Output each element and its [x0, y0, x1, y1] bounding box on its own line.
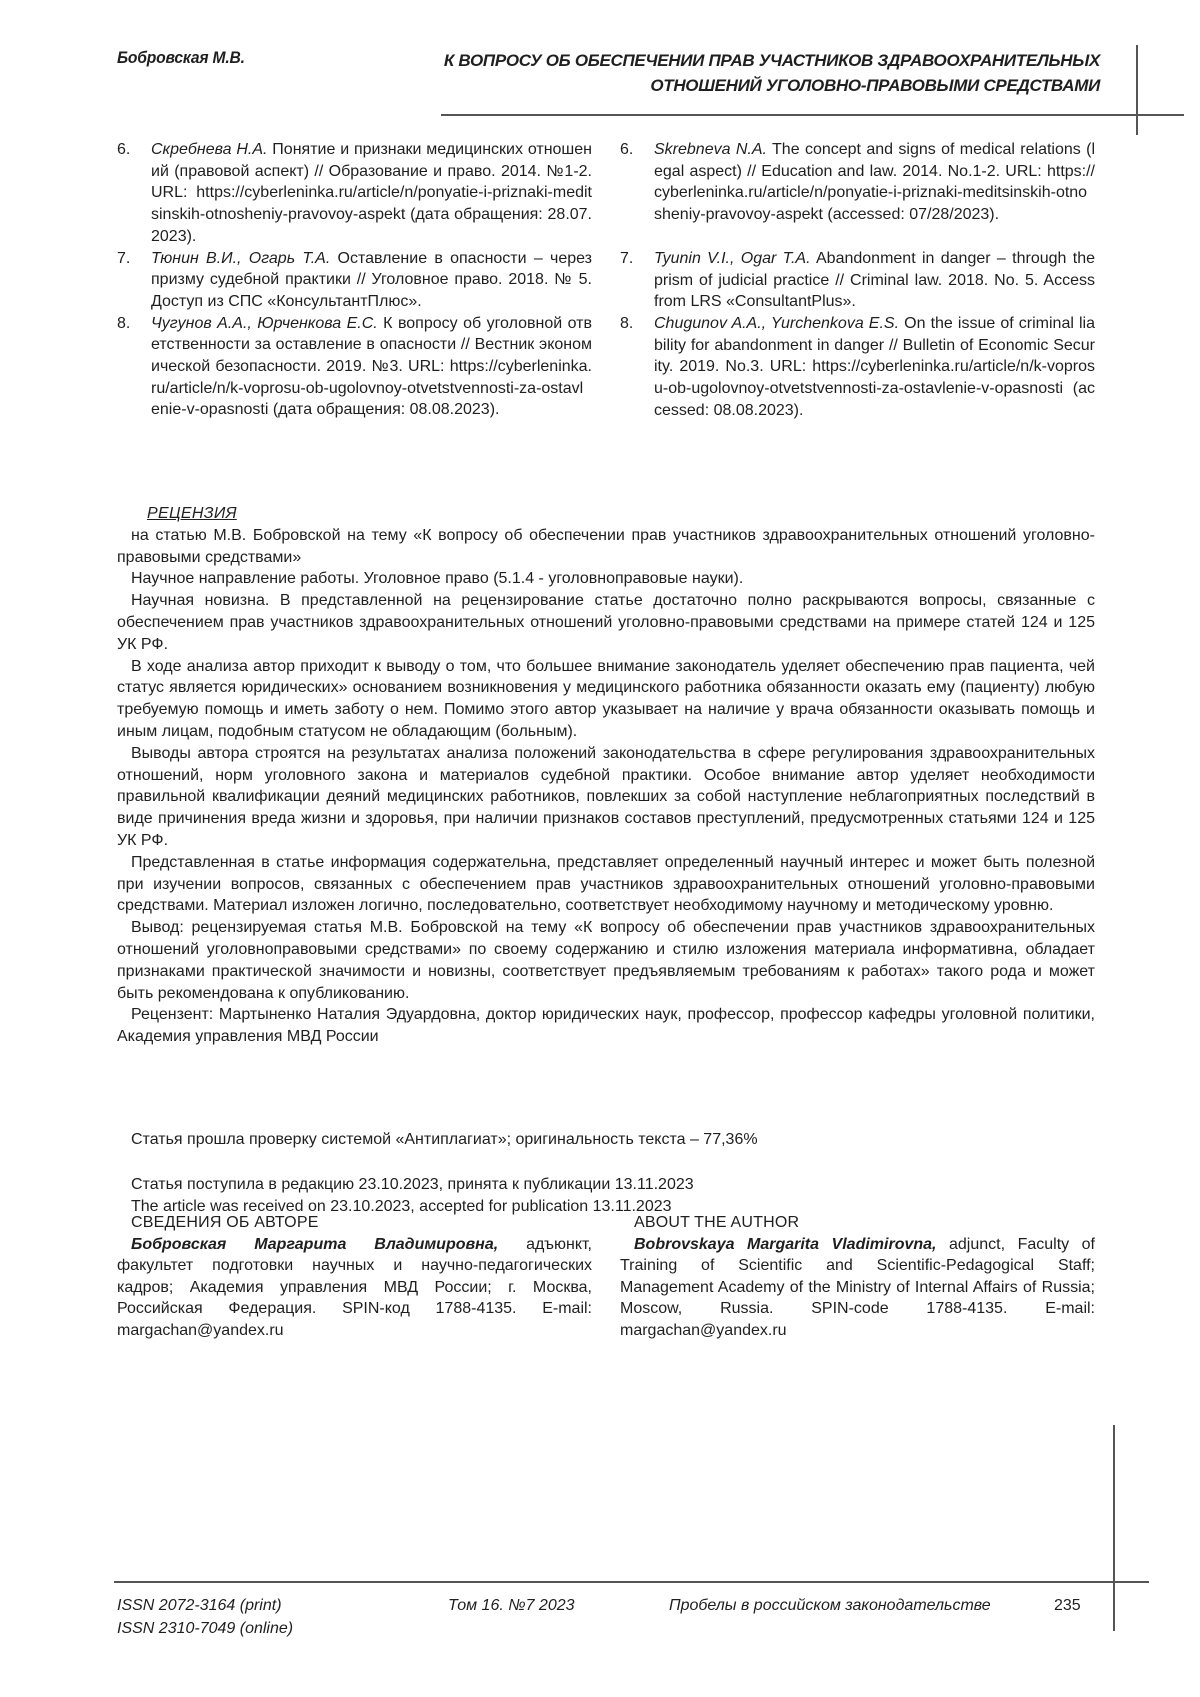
reference-authors: Tyunin V.I., Ogar T.A.: [654, 250, 811, 267]
reference-body: Тюнин В.И., Огарь Т.А. Оставление в опас…: [151, 248, 592, 313]
issn-print: ISSN 2072-3164 (print): [117, 1594, 293, 1617]
review-paragraph: на статью М.В. Бобровской на тему «К воп…: [117, 525, 1095, 569]
issn-online: ISSN 2310-7049 (online): [117, 1617, 293, 1640]
review-paragraph: Представленная в статье информация содер…: [117, 852, 1095, 917]
review-section: РЕЦЕНЗИЯ на статью М.В. Бобровской на те…: [117, 503, 1095, 1048]
submission-dates: Статья поступила в редакцию 23.10.2023, …: [131, 1174, 694, 1217]
reference-number: 7.: [117, 248, 151, 313]
reference-item: 6. Skrebneva N.A. The concept and signs …: [620, 139, 1095, 226]
reference-body: Skrebneva N.A. The concept and signs of …: [654, 139, 1095, 226]
author-info-title: ABOUT THE AUTHOR: [634, 1212, 1095, 1234]
review-paragraph: Вывод: рецензируемая статья М.В. Бобровс…: [117, 917, 1095, 1004]
header-rule: [441, 114, 1184, 116]
reference-number: 6.: [117, 139, 151, 248]
running-head-title-line2: ОТНОШЕНИЙ УГОЛОВНО-ПРАВОВЫМИ СРЕДСТВАМИ: [340, 73, 1100, 98]
running-head-author: Бобровская М.В.: [117, 48, 245, 68]
footer-crop-mark: [1113, 1425, 1115, 1631]
author-info-ru: СВЕДЕНИЯ ОБ АВТОРЕ Бобровская Маргарита …: [117, 1212, 592, 1342]
reference-item: 7. Tyunin V.I., Ogar T.A. Abandonment in…: [620, 248, 1095, 313]
review-heading: РЕЦЕНЗИЯ: [147, 503, 1095, 525]
reference-body: Tyunin V.I., Ogar T.A. Abandonment in da…: [654, 248, 1095, 313]
review-paragraph: В ходе анализа автор приходит к выводу о…: [117, 656, 1095, 743]
references-ru: 6. Скребнева Н.А. Понятие и признаки мед…: [117, 139, 592, 421]
reference-number: 6.: [620, 139, 654, 226]
author-info-body: Bobrovskaya Margarita Vladimirovna, adju…: [620, 1234, 1095, 1342]
reference-item: 7. Тюнин В.И., Огарь Т.А. Оставление в о…: [117, 248, 592, 313]
submission-dates-ru: Статья поступила в редакцию 23.10.2023, …: [131, 1174, 694, 1196]
reference-number: 7.: [620, 248, 654, 313]
author-info-title: СВЕДЕНИЯ ОБ АВТОРЕ: [131, 1212, 592, 1234]
running-head-title-line1: К ВОПРОСУ ОБ ОБЕСПЕЧЕНИИ ПРАВ УЧАСТНИКОВ…: [340, 48, 1100, 73]
reference-item: 8. Чугунов А.А., Юрченкова Е.С. К вопрос…: [117, 313, 592, 422]
reference-authors: Чугунов А.А., Юрченкова Е.С.: [151, 315, 378, 332]
page-number: 235: [1054, 1594, 1081, 1617]
reference-item: 8. Chugunov A.A., Yurchenkova E.S. On th…: [620, 313, 1095, 422]
reference-authors: Chugunov A.A., Yurchenkova E.S.: [654, 315, 899, 332]
reviewer-line: Рецензент: Мартыненко Наталия Эдуардовна…: [117, 1004, 1095, 1048]
reference-authors: Тюнин В.И., Огарь Т.А.: [151, 250, 330, 267]
footer-issn: ISSN 2072-3164 (print) ISSN 2310-7049 (o…: [117, 1594, 293, 1640]
reference-body: Чугунов А.А., Юрченкова Е.С. К вопросу о…: [151, 313, 592, 422]
reference-number: 8.: [117, 313, 151, 422]
running-head-title: К ВОПРОСУ ОБ ОБЕСПЕЧЕНИИ ПРАВ УЧАСТНИКОВ…: [340, 48, 1100, 98]
header-crop-mark: [1136, 45, 1138, 135]
author-name: Bobrovskaya Margarita Vladimirovna,: [634, 1236, 936, 1253]
footer-journal-name: Пробелы в российском законодательстве: [669, 1594, 991, 1617]
footer-rule: [114, 1581, 1149, 1583]
review-paragraph: Научная новизна. В представленной на рец…: [117, 590, 1095, 655]
reference-authors: Skrebneva N.A.: [654, 141, 767, 158]
reference-body: Chugunov A.A., Yurchenkova E.S. On the i…: [654, 313, 1095, 422]
plagiarism-note: Статья прошла проверку системой «Антипла…: [131, 1131, 758, 1149]
references-en: 6. Skrebneva N.A. The concept and signs …: [620, 139, 1095, 421]
reference-body: Скребнева Н.А. Понятие и признаки медици…: [151, 139, 592, 248]
review-paragraph: Научное направление работы. Уголовное пр…: [117, 568, 1095, 590]
review-paragraph: Выводы автора строятся на результатах ан…: [117, 743, 1095, 852]
reference-authors: Скребнева Н.А.: [151, 141, 267, 158]
author-info-en: ABOUT THE AUTHOR Bobrovskaya Margarita V…: [620, 1212, 1095, 1342]
reference-item: 6. Скребнева Н.А. Понятие и признаки мед…: [117, 139, 592, 248]
reference-number: 8.: [620, 313, 654, 422]
author-name: Бобровская Маргарита Владимировна,: [131, 1236, 498, 1253]
author-info-body: Бобровская Маргарита Владимировна, адъюн…: [117, 1234, 592, 1342]
footer-volume: Том 16. №7 2023: [448, 1594, 575, 1617]
